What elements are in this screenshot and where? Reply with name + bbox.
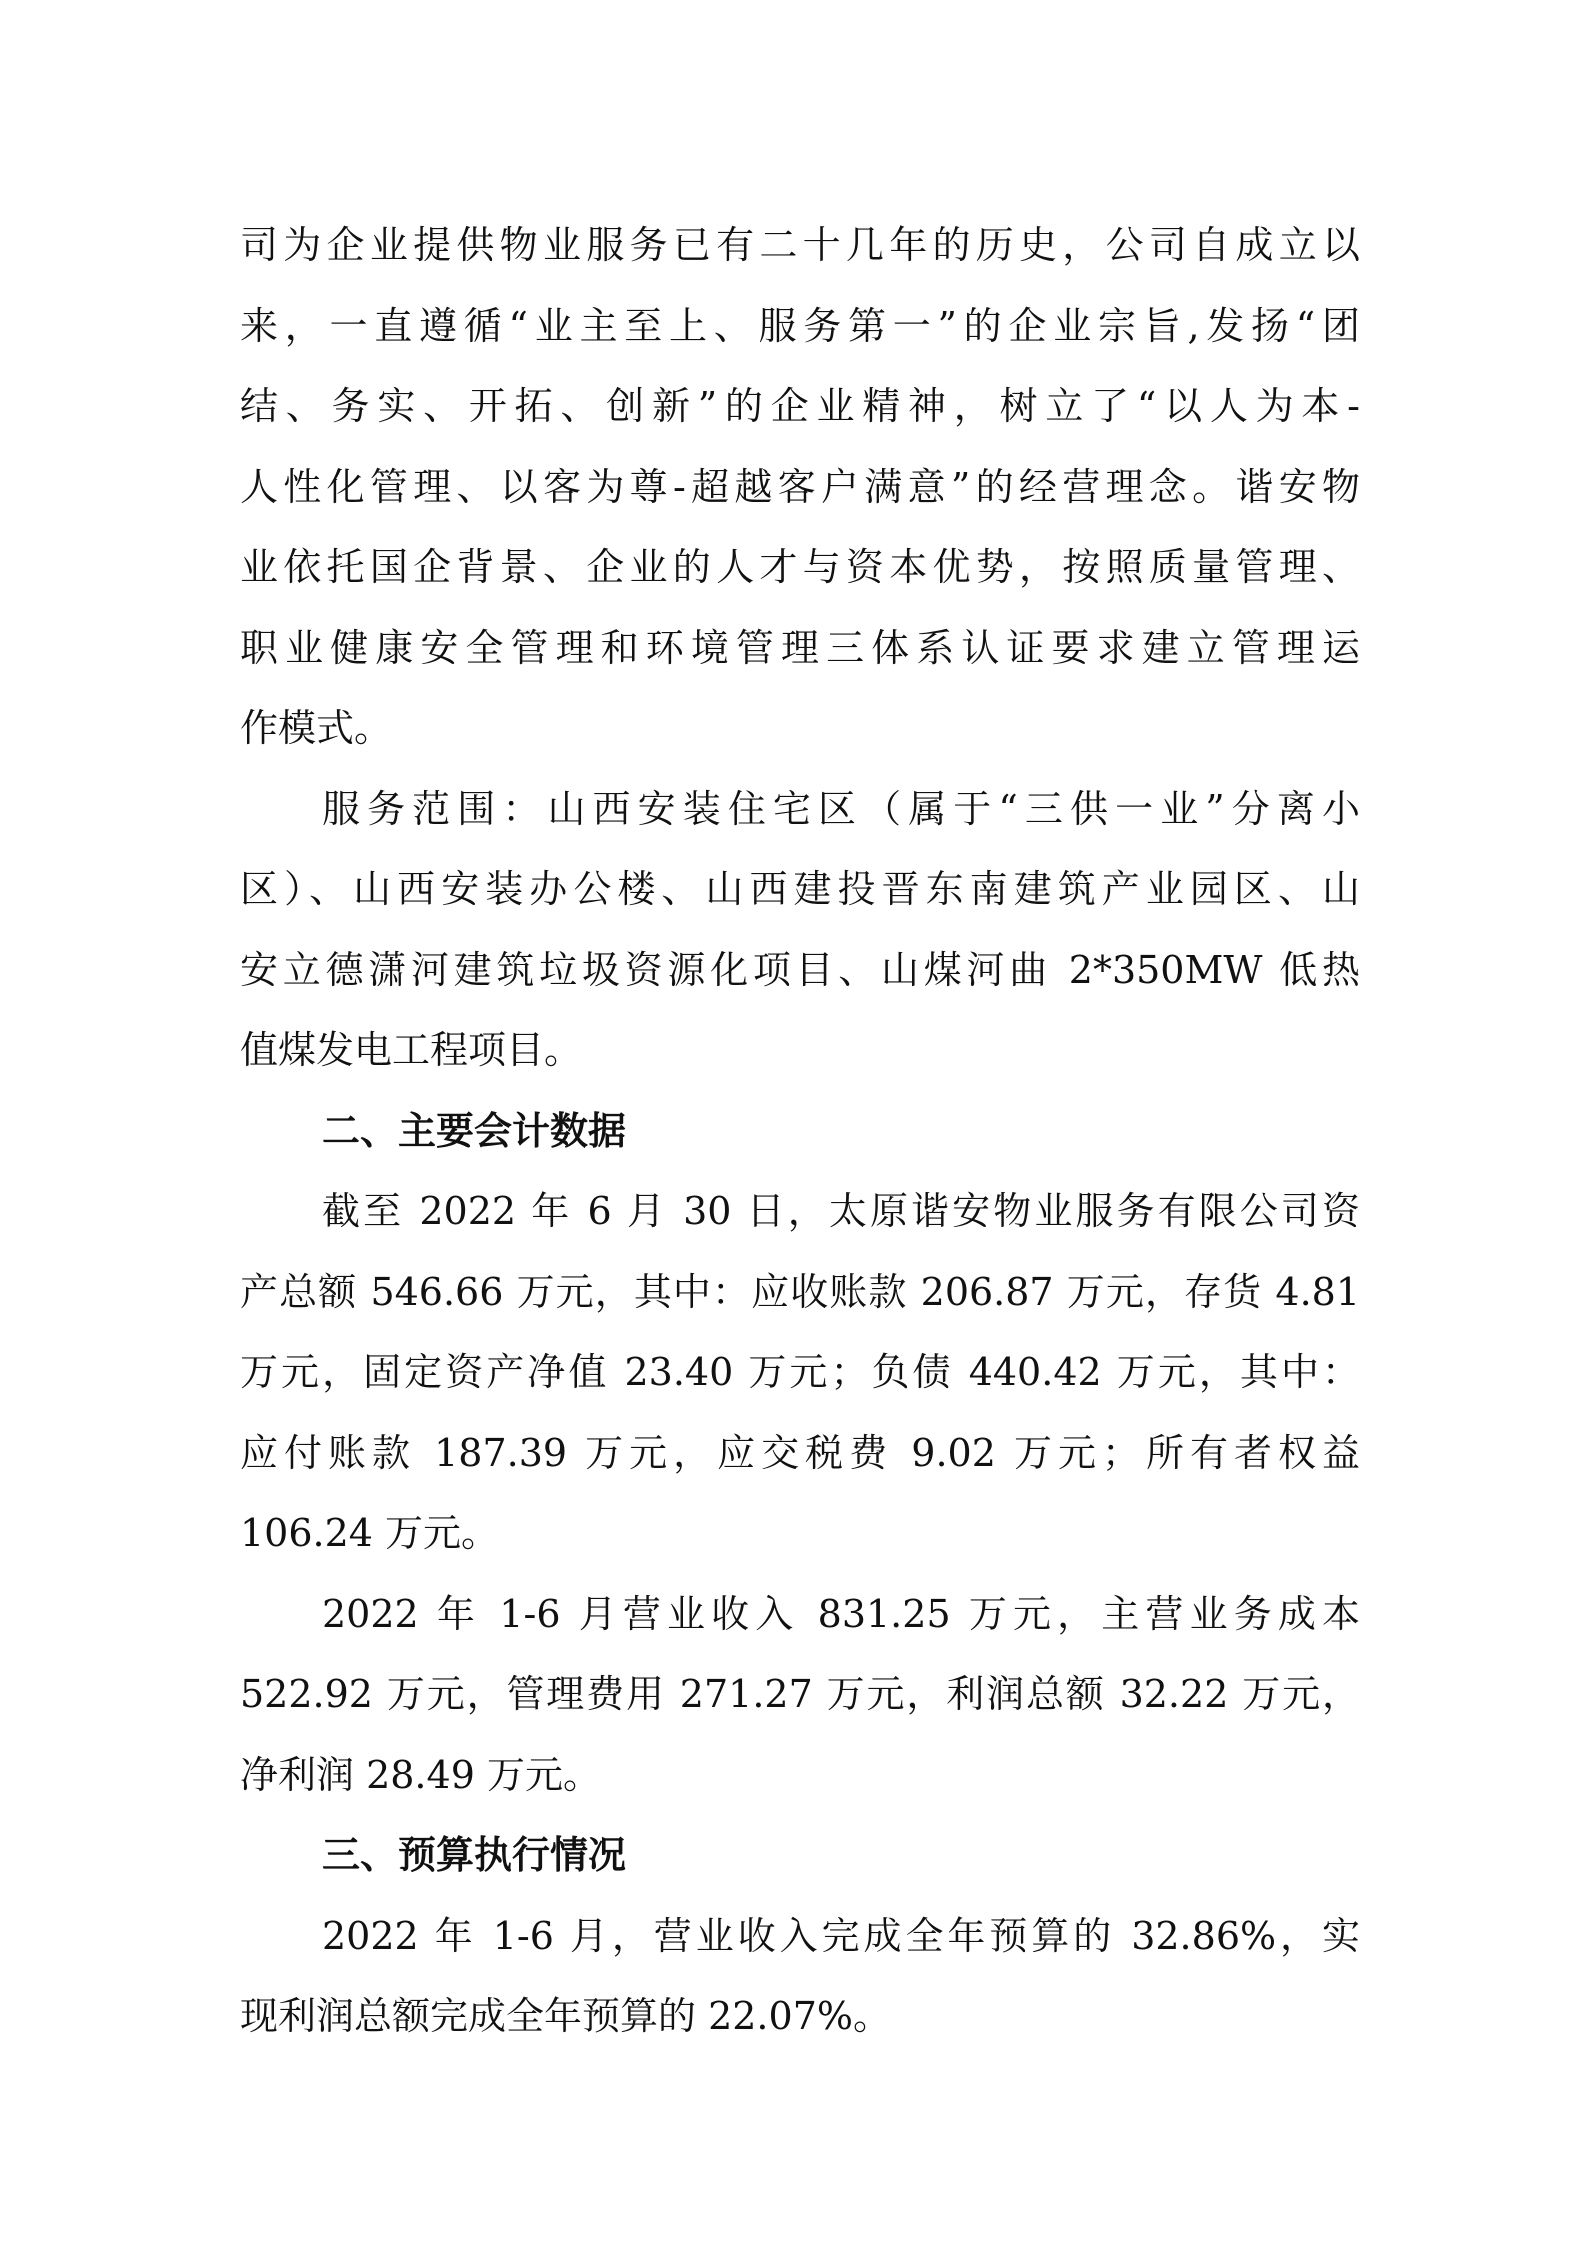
text-line: 现利润总额完成全年预算的 22.07%。: [240, 1976, 1360, 2057]
text-line: 区）、山西安装办公楼、山西建投晋东南建筑产业园区、山: [240, 849, 1360, 930]
text-line: 人性化管理、以客为尊-超越客户满意”的经营理念。谐安物: [240, 447, 1360, 528]
text-line: 截至 2022 年 6 月 30 日，太原谐安物业服务有限公司资: [240, 1171, 1360, 1252]
text-line: 安立德潇河建筑垃圾资源化项目、山煤河曲 2*350MW 低热: [240, 930, 1360, 1011]
text-line: 作模式。: [240, 688, 1360, 769]
section-accounting-data: 二、主要会计数据 截至 2022 年 6 月 30 日，太原谐安物业服务有限公司…: [240, 1091, 1360, 1816]
text-line: 产总额 546.66 万元，其中：应收账款 206.87 万元，存货 4.81: [240, 1252, 1360, 1333]
section-heading: 三、预算执行情况: [240, 1815, 1360, 1896]
text-line: 2022 年 1-6 月，营业收入完成全年预算的 32.86%，实: [240, 1896, 1360, 1977]
text-line: 522.92 万元，管理费用 271.27 万元，利润总额 32.22 万元，: [240, 1654, 1360, 1735]
text-line: 业依托国企背景、企业的人才与资本优势，按照质量管理、: [240, 527, 1360, 608]
paragraph-company-intro: 司为企业提供物业服务已有二十几年的历史，公司自成立以 来，一直遵循“业主至上、服…: [240, 205, 1360, 769]
text-line: 106.24 万元。: [240, 1493, 1360, 1574]
document-page: 司为企业提供物业服务已有二十几年的历史，公司自成立以 来，一直遵循“业主至上、服…: [240, 205, 1360, 2057]
text-line: 万元，固定资产净值 23.40 万元；负债 440.42 万元，其中：: [240, 1332, 1360, 1413]
text-line: 2022 年 1-6 月营业收入 831.25 万元，主营业务成本: [240, 1574, 1360, 1655]
section-budget-execution: 三、预算执行情况 2022 年 1-6 月，营业收入完成全年预算的 32.86%…: [240, 1815, 1360, 2057]
text-line: 应付账款 187.39 万元，应交税费 9.02 万元；所有者权益: [240, 1413, 1360, 1494]
text-line: 司为企业提供物业服务已有二十几年的历史，公司自成立以: [240, 205, 1360, 286]
text-line: 结、务实、开拓、创新”的企业精神，树立了“以人为本-: [240, 366, 1360, 447]
paragraph-service-scope: 服务范围：山西安装住宅区（属于“三供一业”分离小 区）、山西安装办公楼、山西建投…: [240, 769, 1360, 1091]
text-line: 净利润 28.49 万元。: [240, 1735, 1360, 1816]
text-line: 值煤发电工程项目。: [240, 1010, 1360, 1091]
section-heading: 二、主要会计数据: [240, 1091, 1360, 1172]
text-line: 职业健康安全管理和环境管理三体系认证要求建立管理运: [240, 608, 1360, 689]
text-line: 来，一直遵循“业主至上、服务第一”的企业宗旨,发扬“团: [240, 286, 1360, 367]
text-line: 服务范围：山西安装住宅区（属于“三供一业”分离小: [240, 769, 1360, 850]
